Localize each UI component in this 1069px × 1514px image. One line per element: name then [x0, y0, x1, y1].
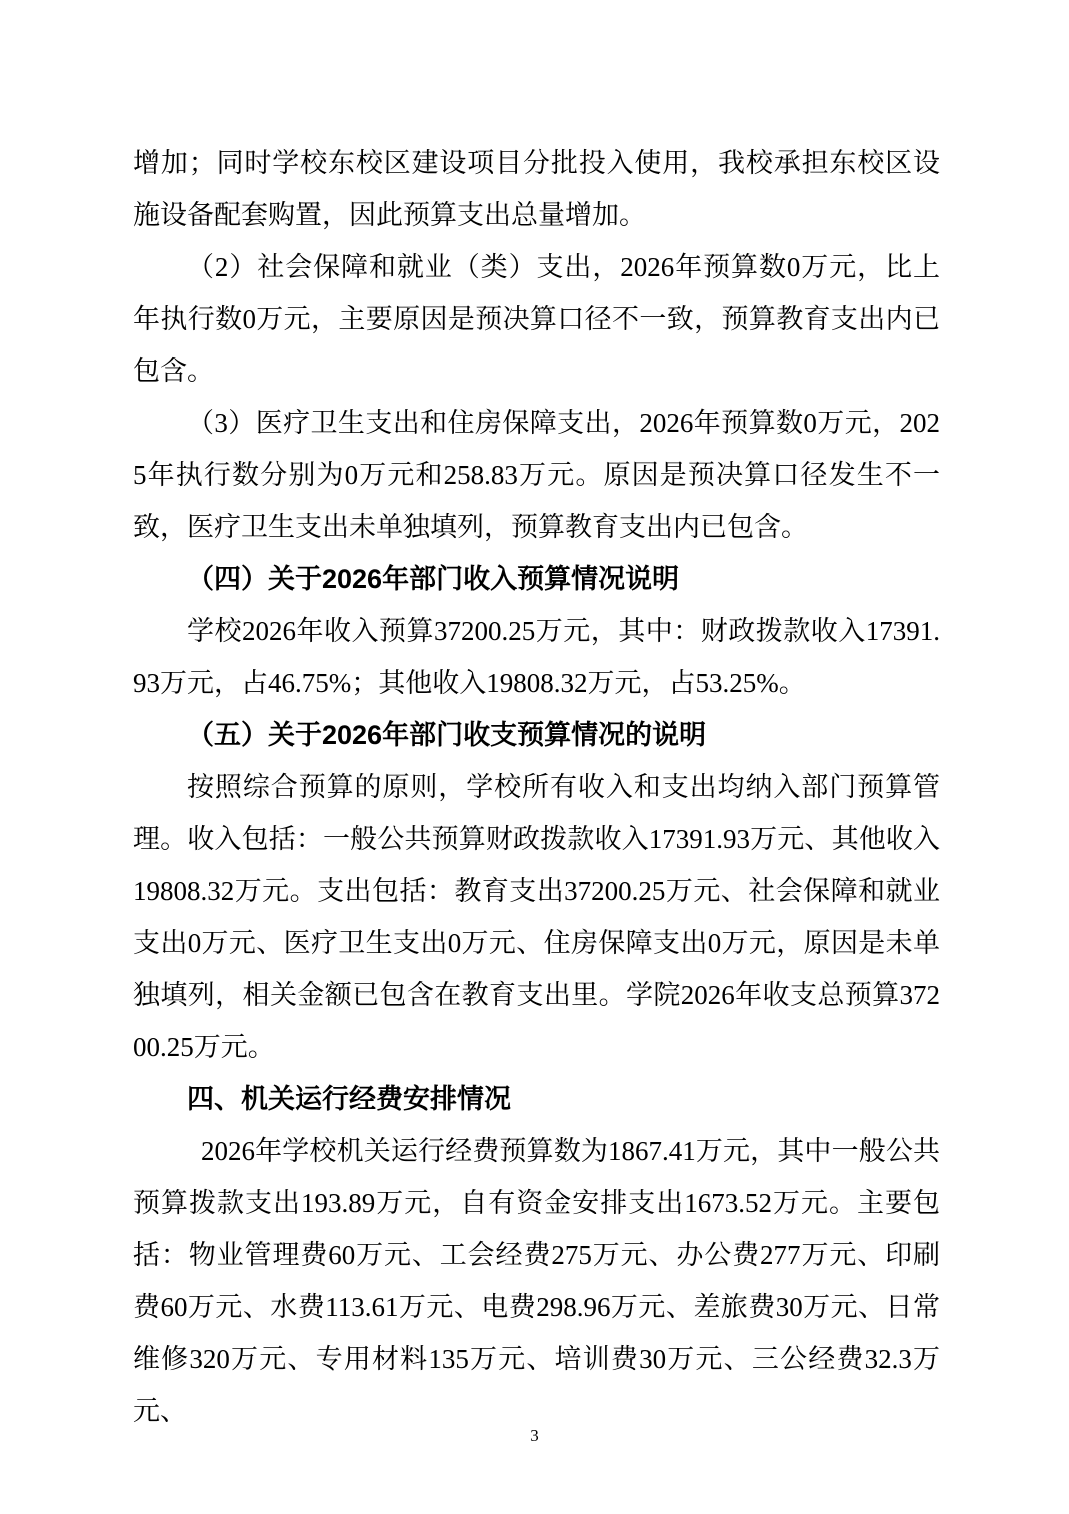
section-heading-income-budget: （四）关于2026年部门收入预算情况说明 — [133, 553, 940, 605]
paragraph-social-security-expenditure: （2）社会保障和就业（类）支出，2026年预算数0万元，比上年执行数0万元，主要… — [133, 241, 940, 397]
page-footer: 3 — [0, 1422, 1069, 1450]
section-heading-income-expenditure-budget: （五）关于2026年部门收支预算情况的说明 — [133, 709, 940, 761]
paragraph-health-housing-expenditure: （3）医疗卫生支出和住房保障支出，2026年预算数0万元，2025年执行数分别为… — [133, 397, 940, 553]
paragraph-income-budget-detail: 学校2026年收入预算37200.25万元，其中：财政拨款收入17391.93万… — [133, 605, 940, 709]
document-page: 增加；同时学校东校区建设项目分批投入使用，我校承担东校区设施设备配套购置，因此预… — [0, 0, 1069, 1514]
paragraph-income-expenditure-detail: 按照综合预算的原则，学校所有收入和支出均纳入部门预算管理。收入包括：一般公共预算… — [133, 761, 940, 1073]
paragraph-operating-expenses-detail: 2026年学校机关运行经费预算数为1867.41万元，其中一般公共预算拨款支出1… — [133, 1125, 940, 1437]
document-body: 增加；同时学校东校区建设项目分批投入使用，我校承担东校区设施设备配套购置，因此预… — [133, 137, 940, 1437]
section-heading-operating-expenses: 四、机关运行经费安排情况 — [133, 1073, 940, 1125]
paragraph-expenditure-increase: 增加；同时学校东校区建设项目分批投入使用，我校承担东校区设施设备配套购置，因此预… — [133, 137, 940, 241]
page-number: 3 — [530, 1426, 539, 1445]
